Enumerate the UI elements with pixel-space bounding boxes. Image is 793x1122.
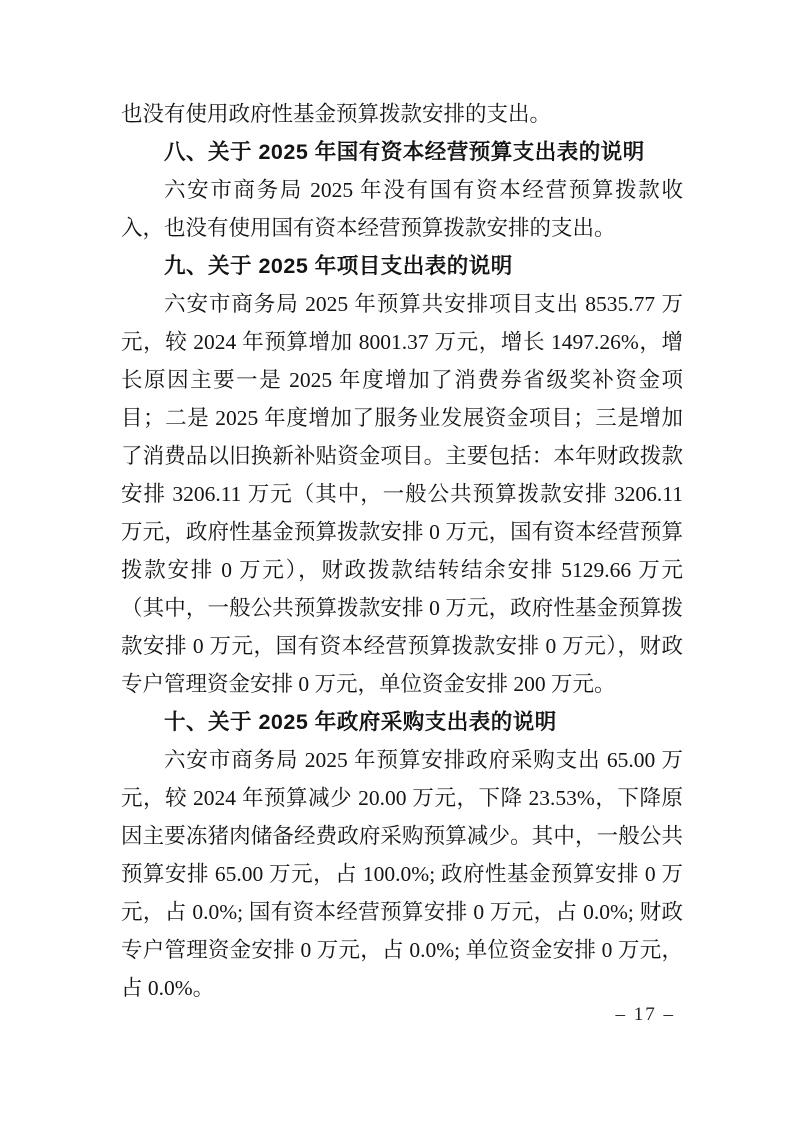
paragraph-project-expenditure: 六安市商务局 2025 年预算共安排项目支出 8535.77 万元，较 2024… [121,285,683,703]
document-page: 也没有使用政府性基金预算拨款安排的支出。 八、关于 2025 年国有资本经营预算… [0,0,793,1122]
section-heading-8-state-capital: 八、关于 2025 年国有资本经营预算支出表的说明 [121,133,683,171]
section-heading-9-project-expenditure: 九、关于 2025 年项目支出表的说明 [121,247,683,285]
paragraph-gov-procurement: 六安市商务局 2025 年预算安排政府采购支出 65.00 万元，较 2024 … [121,741,683,1007]
page-number: – 17 – [616,1004,676,1026]
section-heading-10-gov-procurement: 十、关于 2025 年政府采购支出表的说明 [121,703,683,741]
paragraph-gov-fund-continued: 也没有使用政府性基金预算拨款安排的支出。 [121,95,683,133]
paragraph-state-capital-budget: 六安市商务局 2025 年没有国有资本经营预算拨款收入，也没有使用国有资本经营预… [121,171,683,247]
document-body: 也没有使用政府性基金预算拨款安排的支出。 八、关于 2025 年国有资本经营预算… [121,95,683,1007]
